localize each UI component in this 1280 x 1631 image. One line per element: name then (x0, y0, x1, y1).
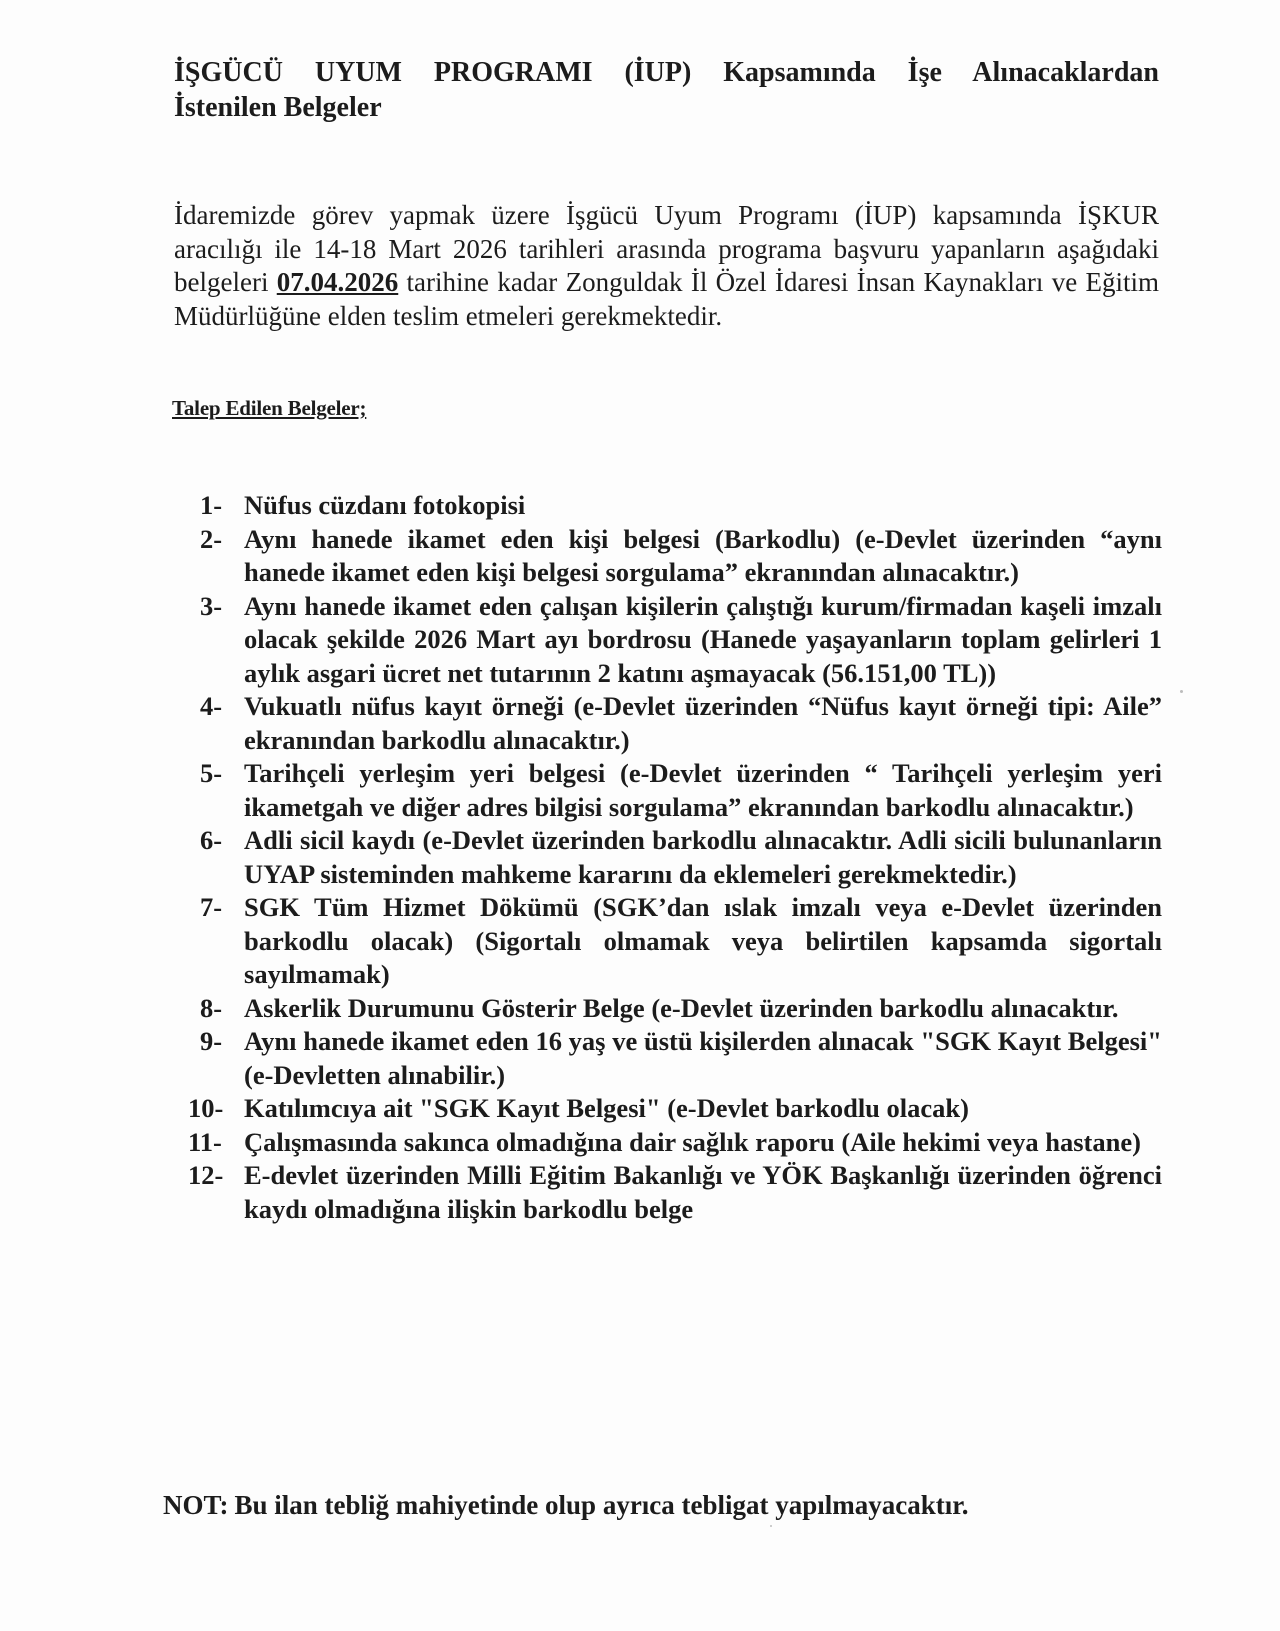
requirement-number: 5- (200, 757, 222, 791)
requirement-item: 6-Adli sicil kaydı (e-Devlet üzerinden b… (200, 824, 1162, 891)
requirement-text: E-devlet üzerinden Milli Eğitim Bakanlığ… (244, 1159, 1162, 1226)
requirement-item: 12-E-devlet üzerinden Milli Eğitim Bakan… (200, 1159, 1162, 1226)
section-heading-requested-documents: Talep Edilen Belgeler; (172, 396, 366, 421)
requirement-item: 2-Aynı hanede ikamet eden kişi belgesi (… (200, 523, 1162, 590)
requirement-item: 9-Aynı hanede ikamet eden 16 yaş ve üstü… (200, 1025, 1162, 1092)
requirement-item: 11-Çalışmasında sakınca olmadığına dair … (200, 1126, 1162, 1160)
requirement-text: Aynı hanede ikamet eden 16 yaş ve üstü k… (244, 1025, 1162, 1092)
requirement-item: 1-Nüfus cüzdanı fotokopisi (200, 489, 1162, 523)
note: NOT:Bu ilan tebliğ mahiyetinde olup ayrı… (163, 1490, 969, 1521)
note-label: NOT: (163, 1490, 229, 1520)
document-page: İŞGÜCÜ UYUM PROGRAMI (İUP) Kapsamında İş… (0, 0, 1280, 1631)
requirement-text: Çalışmasında sakınca olmadığına dair sağ… (244, 1126, 1162, 1160)
document-title: İŞGÜCÜ UYUM PROGRAMI (İUP) Kapsamında İş… (174, 55, 1159, 125)
requirement-text: Vukuatlı nüfus kayıt örneği (e-Devlet üz… (244, 690, 1162, 757)
requirement-number: 7- (200, 891, 222, 925)
requirement-text: Aynı hanede ikamet eden kişi belgesi (Ba… (244, 523, 1162, 590)
requirement-text: SGK Tüm Hizmet Dökümü (SGK’dan ıslak imz… (244, 891, 1162, 992)
requirement-number: 12- (188, 1159, 223, 1193)
requirement-number: 10- (188, 1092, 223, 1126)
title-line-1: İŞGÜCÜ UYUM PROGRAMI (İUP) Kapsamında İş… (174, 55, 1159, 90)
requirement-item: 5-Tarihçeli yerleşim yeri belgesi (e-Dev… (200, 757, 1162, 824)
requirement-text: Katılımcıya ait "SGK Kayıt Belgesi" (e-D… (244, 1092, 1162, 1126)
note-text: Bu ilan tebliğ mahiyetinde olup ayrıca t… (235, 1490, 969, 1520)
requirement-text: Aynı hanede ikamet eden çalışan kişileri… (244, 590, 1162, 691)
requirement-number: 8- (200, 992, 222, 1026)
requirement-item: 3-Aynı hanede ikamet eden çalışan kişile… (200, 590, 1162, 691)
requirement-text: Nüfus cüzdanı fotokopisi (244, 489, 1162, 523)
requirement-number: 2- (200, 523, 222, 557)
requirement-item: 10-Katılımcıya ait "SGK Kayıt Belgesi" (… (200, 1092, 1162, 1126)
requirement-number: 9- (200, 1025, 222, 1059)
scan-speck (770, 1525, 772, 1527)
deadline-date: 07.04.2026 (277, 267, 399, 297)
requirements-list: 1-Nüfus cüzdanı fotokopisi2-Aynı hanede … (200, 489, 1162, 1226)
requirement-text: Tarihçeli yerleşim yeri belgesi (e-Devle… (244, 757, 1162, 824)
title-line-2: İstenilen Belgeler (174, 90, 1159, 125)
scan-speck (1180, 690, 1183, 693)
requirement-number: 4- (200, 690, 222, 724)
requirement-number: 1- (200, 489, 222, 523)
requirement-item: 8-Askerlik Durumunu Gösterir Belge (e-De… (200, 992, 1162, 1026)
requirement-number: 11- (188, 1126, 222, 1160)
requirement-text: Askerlik Durumunu Gösterir Belge (e-Devl… (244, 992, 1162, 1026)
requirement-text: Adli sicil kaydı (e-Devlet üzerinden bar… (244, 824, 1162, 891)
requirement-item: 4-Vukuatlı nüfus kayıt örneği (e-Devlet … (200, 690, 1162, 757)
intro-paragraph: İdaremizde görev yapmak üzere İşgücü Uyu… (174, 199, 1159, 333)
requirement-item: 7-SGK Tüm Hizmet Dökümü (SGK’dan ıslak i… (200, 891, 1162, 992)
requirement-number: 3- (200, 590, 222, 624)
requirement-number: 6- (200, 824, 222, 858)
